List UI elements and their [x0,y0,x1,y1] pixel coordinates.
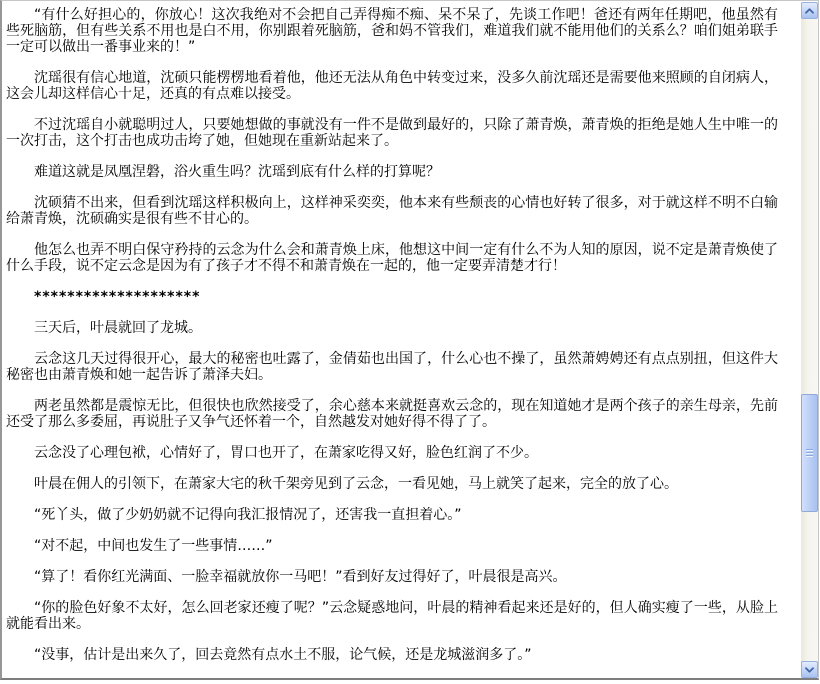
paragraph: 沈硕猜不出来，但看到沈瑶这样积极向上，这样神采奕奕，他本来有些颓丧的心情也好转了… [6,195,778,227]
paragraph: “算了！看你红光满面、一脸幸福就放你一马吧！”看到好友过得好了，叶晨很是高兴。 [6,569,778,585]
separator-line: ******************** [6,289,778,305]
scroll-up-button[interactable] [801,2,818,19]
vertical-scrollbar[interactable] [801,2,818,678]
paragraph: 难道这就是凤凰涅磐，浴火重生吗？沈瑶到底有什么样的打算呢？ [6,164,778,180]
page-frame: “有什么好担心的，你放心！这次我绝对不会把自己弄得痴不痴、呆不呆了，先谈工作吧！… [0,0,819,680]
paragraph: 他怎么也弄不明白保守矜持的云念为什么会和萧青焕上床，他想这中间一定有什么不为人知… [6,242,778,274]
thumb-grip-icon [806,449,813,458]
paragraph: 云念这几天过得很开心，最大的秘密也吐露了，金倩茹也出国了，什么心也不操了，虽然萧… [6,351,778,383]
chevron-up-icon [805,8,814,14]
paragraph: “没事，估计是出来久了，回去竟然有点水土不服，论气候，还是龙城滋润多了。” [6,647,778,663]
paragraph: 云念没了心理包袱，心情好了，胃口也开了，在萧家吃得又好，脸色红润了不少。 [6,445,778,461]
paragraph: 沈瑶很有信心地道，沈硕只能楞楞地看着他，他还无法从角色中转变过来，没多久前沈瑶还… [6,70,778,102]
paragraph: “对不起，中间也发生了一些事情……” [6,538,778,554]
paragraph: “你的脸色好象不太好，怎么回老家还瘦了呢？”云念疑惑地问，叶晨的精神看起来还是好… [6,600,778,632]
scrollbar-thumb[interactable] [801,394,818,512]
paragraph: “有什么好担心的，你放心！这次我绝对不会把自己弄得痴不痴、呆不呆了，先谈工作吧！… [6,7,778,55]
paragraph: 三天后，叶晨就回了龙城。 [6,320,778,336]
scroll-down-button[interactable] [801,661,818,678]
chevron-down-icon [805,667,814,673]
paragraph: 不过沈瑶自小就聪明过人，只要她想做的事就没有一件不是做到最好的，只除了萧青焕，萧… [6,117,778,149]
novel-text-content: “有什么好担心的，你放心！这次我绝对不会把自己弄得痴不痴、呆不呆了，先谈工作吧！… [6,7,778,676]
paragraph: 叶晨在佣人的引领下，在萧家大宅的秋千架旁见到了云念，一看见她，马上就笑了起来，完… [6,476,778,492]
paragraph: “死丫头，做了少奶奶就不记得向我汇报情况了，还害我一直担着心。” [6,507,778,523]
paragraph: 两老虽然都是震惊无比，但很快也欣然接受了，余心慈本来就挺喜欢云念的，现在知道她才… [6,398,778,430]
